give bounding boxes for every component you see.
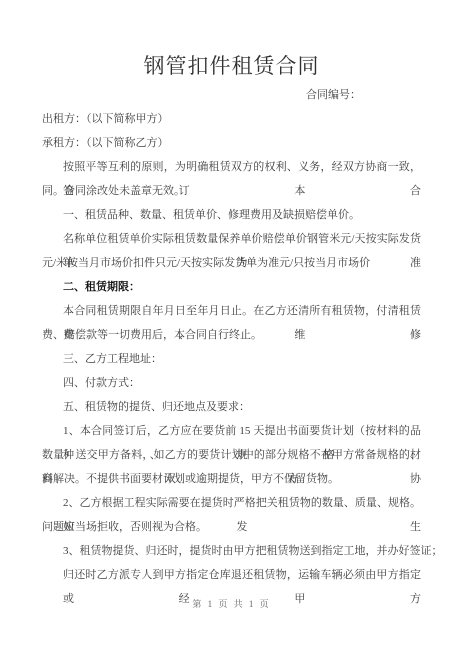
contract-number-label: 合同编号： xyxy=(42,83,421,107)
document-line: 按照平等互利的原则，为明确租赁双方的权利、义务，经双方协商一致，签订本合 xyxy=(42,155,421,179)
section-heading-2: 二、租赁期限： xyxy=(42,275,421,299)
document-line: 承租方：（以下简称乙方） xyxy=(42,131,421,155)
document-title: 钢管扣件租赁合同 xyxy=(42,50,421,83)
document-line: 1、本合同签订后，乙方应在要货前 15 天提出书面要货计划（按材料的品种、规格、 xyxy=(42,419,421,443)
document-line: 归还时乙方派专人到甲方指定仓库退还租赁物，运输车辆必须由甲方指定或经甲方 xyxy=(42,563,421,587)
document-line: 本合同租赁期限自年月日至年月日止。在乙方还清所有租赁物，付清租赁费、维修 xyxy=(42,299,421,323)
section-heading-3: 三、乙方工程地址： xyxy=(42,347,421,371)
section-heading-1: 一、租赁品种、数量、租赁单价、修理费用及缺损赔偿单价。 xyxy=(42,203,421,227)
section-heading-5: 五、租赁物的提货、归还地点及要求： xyxy=(42,395,421,419)
document-line: 出租方：（以下简称甲方） xyxy=(42,107,421,131)
document-line: 名称单位租赁单价实际租赁数量保养单价赔偿单价钢管米元/天按实际发货单为准 xyxy=(42,227,421,251)
document-line: 元/米按当月市场价扣件只元/天按实际发货单为准元/只按当月市场价 xyxy=(42,251,421,275)
document-line: 3、租赁物提货、归还时，提货时由甲方把租赁物送到指定工地，并办好签证； xyxy=(42,539,421,563)
document-page: 钢管扣件租赁合同 合同编号： 出租方：（以下简称甲方） 承租方：（以下简称乙方）… xyxy=(0,0,463,655)
section-heading-4: 四、付款方式： xyxy=(42,371,421,395)
document-content: 钢管扣件租赁合同 合同编号： 出租方：（以下简称甲方） 承租方：（以下简称乙方）… xyxy=(0,50,463,611)
document-line: 2、乙方根据工程实际需要在提货时严格把关租赁物的数量、质量、规格。如发生 xyxy=(42,491,421,515)
document-line: 数量）送交甲方备料，如乙方的要货计划中的部分规格不在甲方常备规格的材料双方协 xyxy=(42,443,421,467)
